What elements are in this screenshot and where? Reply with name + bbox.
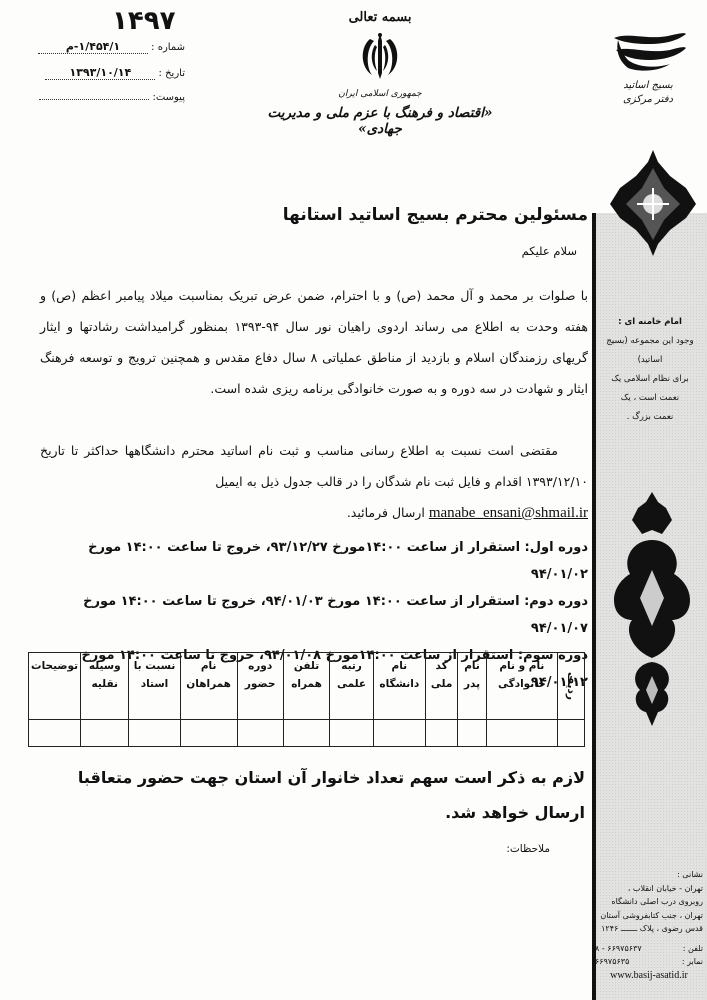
quote-line: وجود این مجموعه (بسیج اساتید) [598, 332, 702, 370]
address-line: روبروی درب اصلی دانشگاه [595, 895, 703, 909]
quote-line: برای نظام اسلامی یک [598, 370, 702, 389]
table-cell [129, 720, 180, 747]
table-cell [558, 720, 585, 747]
number-label: شماره : [151, 42, 185, 53]
iran-emblem-icon [358, 29, 402, 83]
attachment-row: پیوست: [20, 92, 185, 103]
greeting: سلام علیکم [40, 244, 577, 258]
phone-value: ۶۶۹۷۵۶۳۷ - ۸ [595, 942, 642, 956]
table-row [29, 720, 585, 747]
col-mobile: تلفن همراه [283, 653, 330, 720]
table-cell [330, 720, 373, 747]
recipient-title: مسئولین محترم بسیج اساتید استانها [40, 205, 588, 225]
address-line: تهران - خیابان انقلاب ، [595, 882, 703, 896]
col-row-number: ردیف [558, 653, 585, 720]
col-description: توضیحات [29, 653, 81, 720]
col-academic-rank: رتبه علمی [330, 653, 373, 720]
col-vehicle: وسیله نقلیه [81, 653, 129, 720]
table-cell [81, 720, 129, 747]
letterhead: بسمه تعالی جمهوری اسلامی ایران «اقتصاد و… [250, 10, 510, 137]
fax-label: نمابر : [682, 955, 703, 969]
letter-number-row: شماره : ۱/۴۵۴/۱-م [20, 40, 185, 54]
contact-address: نشانی : تهران - خیابان انقلاب ، روبروی د… [595, 868, 703, 982]
table-cell [237, 720, 283, 747]
year-slogan: «اقتصاد و فرهنگ با عزم ملی و مدیریت جهاد… [250, 105, 510, 137]
col-full-name: نام و نام خانوادگی [486, 653, 557, 720]
number-value: ۱/۴۵۴/۱-م [38, 40, 148, 54]
table-cell [180, 720, 237, 747]
table-cell [486, 720, 557, 747]
leader-quote: امام خامنه ای : وجود این مجموعه (بسیج اس… [598, 313, 702, 427]
table-cell [458, 720, 486, 747]
quote-line: نعمت بزرگ . [598, 408, 702, 427]
table-cell [425, 720, 457, 747]
registration-end: ارسال فرمائید. [347, 505, 425, 520]
table-cell [29, 720, 81, 747]
col-national-code: کد ملی [425, 653, 457, 720]
table-cell [373, 720, 425, 747]
website-link[interactable]: www.basij-asatid.ir [595, 969, 703, 983]
attachment-label: پیوست: [152, 92, 185, 103]
table-header-row: ردیف نام و نام خانوادگی نام پدر کد ملی ن… [29, 653, 585, 720]
registration-table: ردیف نام و نام خانوادگی نام پدر کد ملی ن… [28, 652, 585, 747]
col-period: دوره حضور [237, 653, 283, 720]
paragraph-registration: مقتضی است نسبت به اطلاع رسانی مناسب و ثب… [40, 435, 588, 529]
quote-line: نعمت است ، یک [598, 389, 702, 408]
address-line: قدس رضوی ، پلاک ـــــــ ۱۲۴۶ [595, 922, 703, 936]
col-university: نام دانشگاه [373, 653, 425, 720]
logo-title: بسیج اساتید [598, 79, 698, 93]
table-cell [283, 720, 330, 747]
basij-asatid-logo: بسیج اساتید دفتر مرکزی [598, 30, 698, 107]
date-value: ۱۳۹۳/۱۰/۱۴ [45, 66, 155, 80]
registration-text: مقتضی است نسبت به اطلاع رسانی مناسب و ثب… [40, 443, 588, 489]
registry-number: ۱۴۹۷ [112, 6, 175, 36]
arabesque-ornament-icon [608, 148, 698, 258]
email-link[interactable]: manabe_ensani@shmail.ir [429, 505, 588, 521]
republic-name: جمهوری اسلامی ایران [250, 89, 510, 99]
attachment-value [39, 99, 149, 100]
address-line: تهران ، جنب کتابفروشی آستان [595, 909, 703, 923]
fax-value: ۶۶۹۷۵۶۳۵ [595, 955, 629, 969]
period-item: دوره دوم: استقرار از ساعت ۱۴:۰۰ مورخ ۹۴/… [40, 588, 588, 642]
remarks-label: ملاحظات: [400, 843, 550, 855]
paragraph-announcement: با صلوات بر محمد و آل محمد (ص) و با احتر… [40, 280, 588, 404]
family-quota-note: لازم به ذکر است سهم تعداد خانوار آن استا… [40, 760, 585, 830]
letter-date-row: تاریخ : ۱۳۹۳/۱۰/۱۴ [20, 66, 185, 80]
arabesque-column-ornament-icon [612, 490, 692, 730]
logo-subtitle: دفتر مرکزی [598, 93, 698, 107]
col-father-name: نام پدر [458, 653, 486, 720]
col-companions: نام همراهان [180, 653, 237, 720]
bismillah: بسمه تعالی [250, 10, 510, 25]
quote-line: امام خامنه ای : [598, 313, 702, 332]
phone-label: تلفن : [683, 942, 703, 956]
address-label: نشانی : [595, 868, 703, 882]
dove-logo-icon [608, 30, 688, 75]
col-relation: نسبت با استاد [129, 653, 180, 720]
phone-row: تلفن : ۶۶۹۷۵۶۳۷ - ۸ [595, 942, 703, 956]
fax-row: نمابر : ۶۶۹۷۵۶۳۵ [595, 955, 703, 969]
date-label: تاریخ : [159, 68, 185, 79]
period-item: دوره اول: استقرار از ساعت ۱۴:۰۰مورخ ۹۳/۱… [40, 534, 588, 588]
